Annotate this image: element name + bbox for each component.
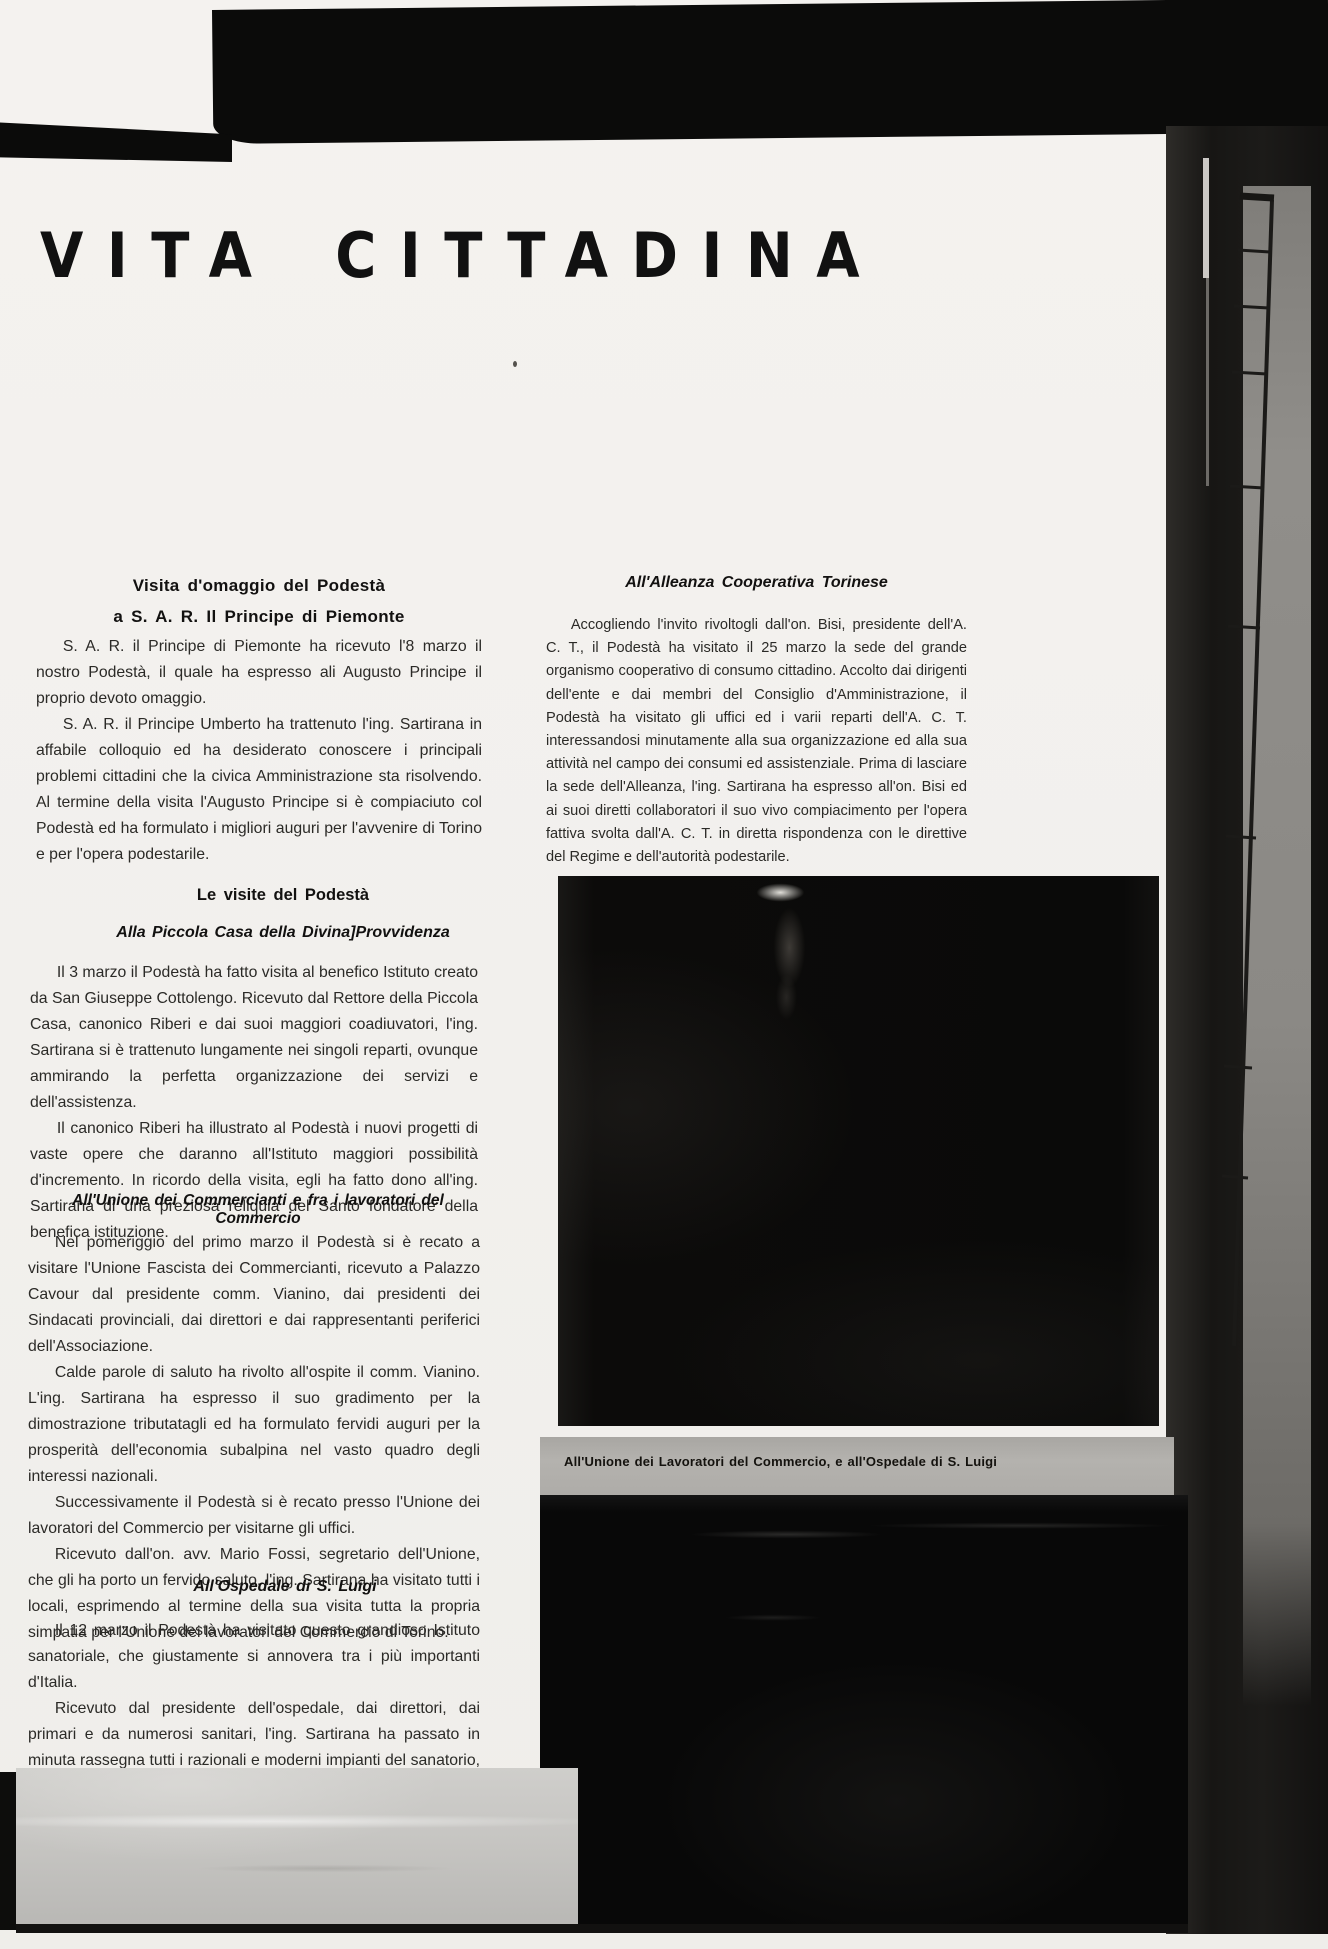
section-heading-alleanza: All'Alleanza Cooperativa Torinese [546, 574, 967, 592]
paragraph: Nel pomeriggio del primo marzo il Podest… [28, 1230, 480, 1360]
scan-artifact-left-wedge [0, 116, 232, 162]
photo-caption-band: All'Unione dei Lavoratori del Commercio,… [540, 1437, 1174, 1495]
section-heading-ospedale: All'Ospedale di S. Luigi [62, 1578, 508, 1596]
heading-line-1: Visita d'omaggio del Podestà [36, 570, 482, 601]
scan-artifact-bottom-line [16, 1924, 1188, 1933]
section-heading-visite: Le visite del Podestà [60, 886, 506, 905]
paragraph: Accogliendo l'invito rivoltogli dall'on.… [546, 614, 967, 869]
photo-bottom-left-edge [0, 1772, 16, 1930]
section-heading-unione: All'Unione dei Commercianti e fra i lavo… [28, 1192, 488, 1228]
page-title: VITA CITTADINA [40, 220, 870, 293]
scan-artifact-top-band [212, 0, 1328, 144]
scan-speck [513, 361, 517, 367]
paragraph: Il 12 marzo il Podestà ha visitato quest… [28, 1618, 480, 1696]
paragraph: Calde parole di saluto ha rivolto all'os… [28, 1360, 480, 1490]
photo-interior-dark [558, 876, 1159, 1426]
article-alleanza: Accogliendo l'invito rivoltogli dall'on.… [546, 614, 967, 869]
photo-bottom-light [16, 1768, 578, 1930]
photo-caption: All'Unione dei Lavoratori del Commercio,… [564, 1454, 1154, 1469]
section-subheading-visite: Alla Piccola Casa della Divina]Provviden… [60, 924, 506, 942]
article-omaggio: S. A. R. il Principe di Piemonte ha rice… [36, 634, 482, 868]
paragraph: S. A. R. il Principe di Piemonte ha rice… [36, 634, 482, 712]
heading-line-2: a S. A. R. Il Principe di Piemonte [36, 601, 482, 632]
paragraph: Successivamente il Podestà si è recato p… [28, 1490, 480, 1542]
photo-commercio-ospedale [540, 1495, 1188, 1933]
paragraph: S. A. R. il Principe Umberto ha trattenu… [36, 712, 482, 868]
page-edge-marks [1190, 186, 1328, 1406]
paragraph: Il 3 marzo il Podestà ha fatto visita al… [30, 960, 478, 1116]
section-heading-omaggio: Visita d'omaggio del Podestà a S. A. R. … [36, 570, 482, 632]
scanned-newspaper-page: VITA CITTADINA Visita d'omaggio del Pode… [0, 0, 1328, 1949]
